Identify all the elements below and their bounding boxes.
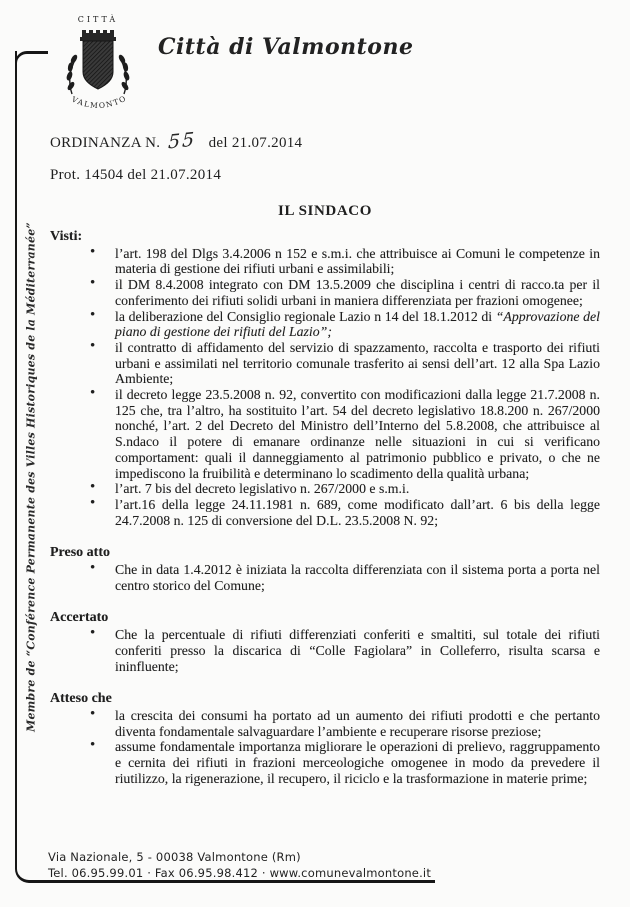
- bullet-list: la crescita dei consumi ha portato ad un…: [50, 708, 600, 787]
- sections: Visti:l’art. 198 del Dlgs 3.4.2006 n 152…: [50, 229, 600, 804]
- bullet-text-segment: assume fondamentale importanza migliorar…: [115, 739, 600, 785]
- bullet-list: Che la percentuale di rifiuti differenzi…: [50, 627, 600, 674]
- section: Visti:l’art. 198 del Dlgs 3.4.2006 n 152…: [50, 229, 600, 528]
- bullet-item: il contratto di affidamento del servizio…: [88, 340, 600, 387]
- bullet-list: Che in data 1.4.2012 è iniziata la racco…: [50, 562, 600, 593]
- bullet-text-segment: l’art. 198 del Dlgs 3.4.2006 n 152 e s.m…: [115, 246, 600, 277]
- section: Atteso chela crescita dei consumi ha por…: [50, 691, 600, 786]
- document-heading: IL SINDACO: [50, 203, 600, 220]
- scanned-ordinance-page: Membre de “Conférence Permanente des Vil…: [0, 0, 630, 907]
- footer-contacts: Tel. 06.95.99.01 · Fax 06.95.98.412 · ww…: [48, 865, 431, 881]
- section-title: Preso atto: [50, 545, 600, 561]
- coat-of-arms-graphic: CITTÀ: [58, 12, 138, 120]
- top-left-frame-corner: [15, 51, 48, 68]
- bullet-item: il DM 8.4.2008 integrato con DM 13.5.200…: [88, 277, 600, 308]
- bullet-item: assume fondamentale importanza migliorar…: [88, 739, 600, 786]
- bullet-text-segment: la crescita dei consumi ha portato ad un…: [115, 708, 600, 739]
- side-membership-note: Membre de “Conférence Permanente des Vil…: [25, 222, 38, 732]
- bullet-item: la crescita dei consumi ha portato ad un…: [88, 708, 600, 739]
- crown-icon: [80, 30, 116, 41]
- coat-of-arms: CITTÀ: [58, 12, 138, 125]
- bullet-text-segment: il contratto di affidamento del servizio…: [115, 340, 600, 386]
- bullet-item: Che la percentuale di rifiuti differenzi…: [88, 627, 600, 674]
- bullet-list: l’art. 198 del Dlgs 3.4.2006 n 152 e s.m…: [50, 246, 600, 529]
- footer: Via Nazionale, 5 - 00038 Valmontone (Rm)…: [48, 849, 431, 881]
- ordinance-prefix: ORDINANZA N.: [50, 135, 160, 151]
- bullet-text-segment: l’art.16 della legge 24.11.1981 n. 689, …: [115, 497, 600, 528]
- city-script-title: Città di Valmontone: [158, 34, 413, 60]
- bullet-text-segment: il DM 8.4.2008 integrato con DM 13.5.200…: [115, 277, 600, 308]
- ordinance-line: ORDINANZA N. 55 del 21.07.2014: [50, 130, 302, 152]
- bullet-item: il decreto legge 23.5.2008 n. 92, conver…: [88, 387, 600, 481]
- bullet-item: la deliberazione del Consiglio regionale…: [88, 309, 600, 340]
- bullet-text-segment: il decreto legge 23.5.2008 n. 92, conver…: [115, 387, 600, 481]
- ordinance-number-handwritten: 55: [168, 128, 197, 153]
- section-title: Accertato: [50, 610, 600, 626]
- bullet-text-segment: Che la percentuale di rifiuti differenzi…: [115, 627, 600, 673]
- bullet-text-segment: l’art. 7 bis del decreto legislativo n. …: [115, 481, 409, 496]
- bullet-item: Che in data 1.4.2012 è iniziata la racco…: [88, 562, 600, 593]
- bullet-item: l’art.16 della legge 24.11.1981 n. 689, …: [88, 497, 600, 528]
- ordinance-date: del 21.07.2014: [209, 135, 303, 151]
- crest-top-text: CITTÀ: [78, 15, 118, 24]
- section-title: Visti:: [50, 229, 600, 245]
- bullet-item: l’art. 198 del Dlgs 3.4.2006 n 152 e s.m…: [88, 246, 600, 277]
- shield-icon: [83, 41, 113, 89]
- bullet-text-segment: Che in data 1.4.2012 è iniziata la racco…: [115, 562, 600, 593]
- section: AccertatoChe la percentuale di rifiuti d…: [50, 610, 600, 674]
- section-title: Atteso che: [50, 691, 600, 707]
- bullet-text-segment: la deliberazione del Consiglio regionale…: [115, 309, 496, 324]
- footer-address: Via Nazionale, 5 - 00038 Valmontone (Rm): [48, 849, 431, 865]
- section: Preso attoChe in data 1.4.2012 è iniziat…: [50, 545, 600, 593]
- bullet-item: l’art. 7 bis del decreto legislativo n. …: [88, 481, 600, 497]
- protocol-line: Prot. 14504 del 21.07.2014: [50, 167, 221, 184]
